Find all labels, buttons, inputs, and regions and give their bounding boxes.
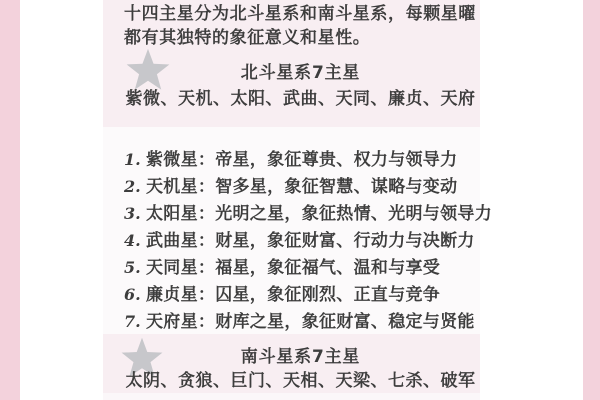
intro-line-1: 十四主星分为北斗星系和南斗星系，每颗星曜 (124, 3, 476, 25)
list-item-number: 4. (124, 231, 141, 250)
south-stars-line: 太阴、贪狼、巨门、天相、天梁、七杀、破军 (103, 366, 480, 391)
right-border-strip (583, 0, 600, 400)
south-section-title: 南斗星系7主星 (103, 342, 480, 367)
page: 十四主星分为北斗星系和南斗星系，每颗星曜 都有其独特的象征意义和星性。 北斗星系… (0, 0, 600, 400)
list-item: 6.廉贞星：囚星，象征刚烈、正直与竞争 (103, 280, 480, 307)
list-item-text: 廉贞星：囚星，象征刚烈、正直与竞争 (146, 285, 440, 305)
content-panel: 十四主星分为北斗星系和南斗星系，每颗星曜 都有其独特的象征意义和星性。 北斗星系… (103, 0, 480, 400)
list-item-text: 天府星：财库之星，象征财富、稳定与贤能 (146, 312, 475, 332)
list-item-text: 天同星：福星，象征福气、温和与享受 (146, 258, 440, 278)
south-section: 南斗星系7主星 太阴、贪狼、巨门、天相、天梁、七杀、破军 (103, 334, 480, 393)
list-item: 4.武曲星：财星，象征财富、行动力与决断力 (103, 226, 480, 253)
list-item-number: 1. (124, 150, 141, 169)
list-item-text: 天机星：智多星，象征智慧、谋略与变动 (146, 177, 457, 197)
north-stars-line: 紫微、天机、太阳、武曲、天同、廉贞、天府 (103, 84, 480, 109)
list-item-number: 5. (124, 258, 141, 277)
star-list-section: 1.紫微星：帝星，象征尊贵、权力与领导力 2.天机星：智多星，象征智慧、谋略与变… (103, 127, 480, 334)
list-item: 7.天府星：财库之星，象征财富、稳定与贤能 (103, 307, 480, 334)
north-section-title: 北斗星系7主星 (103, 58, 480, 83)
list-item-text: 紫微星：帝星，象征尊贵、权力与领导力 (146, 150, 457, 170)
left-border-strip (0, 0, 20, 400)
list-item: 2.天机星：智多星，象征智慧、谋略与变动 (103, 172, 480, 199)
list-item-number: 3. (124, 204, 141, 223)
list-item-text: 武曲星：财星，象征财富、行动力与决断力 (146, 231, 475, 251)
bottom-edge-strip (103, 393, 480, 400)
list-item-number: 2. (124, 177, 141, 196)
list-item-number: 7. (124, 312, 141, 331)
list-item-number: 6. (124, 285, 141, 304)
list-item: 1.紫微星：帝星，象征尊贵、权力与领导力 (103, 145, 480, 172)
star-list: 1.紫微星：帝星，象征尊贵、权力与领导力 2.天机星：智多星，象征智慧、谋略与变… (103, 145, 480, 334)
list-item: 5.天同星：福星，象征福气、温和与享受 (103, 253, 480, 280)
intro-north-section: 十四主星分为北斗星系和南斗星系，每颗星曜 都有其独特的象征意义和星性。 北斗星系… (103, 0, 480, 127)
intro-line-2: 都有其独特的象征意义和星性。 (124, 27, 370, 49)
list-item: 3.太阳星：光明之星，象征热情、光明与领导力 (103, 199, 480, 226)
list-item-text: 太阳星：光明之星，象征热情、光明与领导力 (146, 204, 492, 224)
